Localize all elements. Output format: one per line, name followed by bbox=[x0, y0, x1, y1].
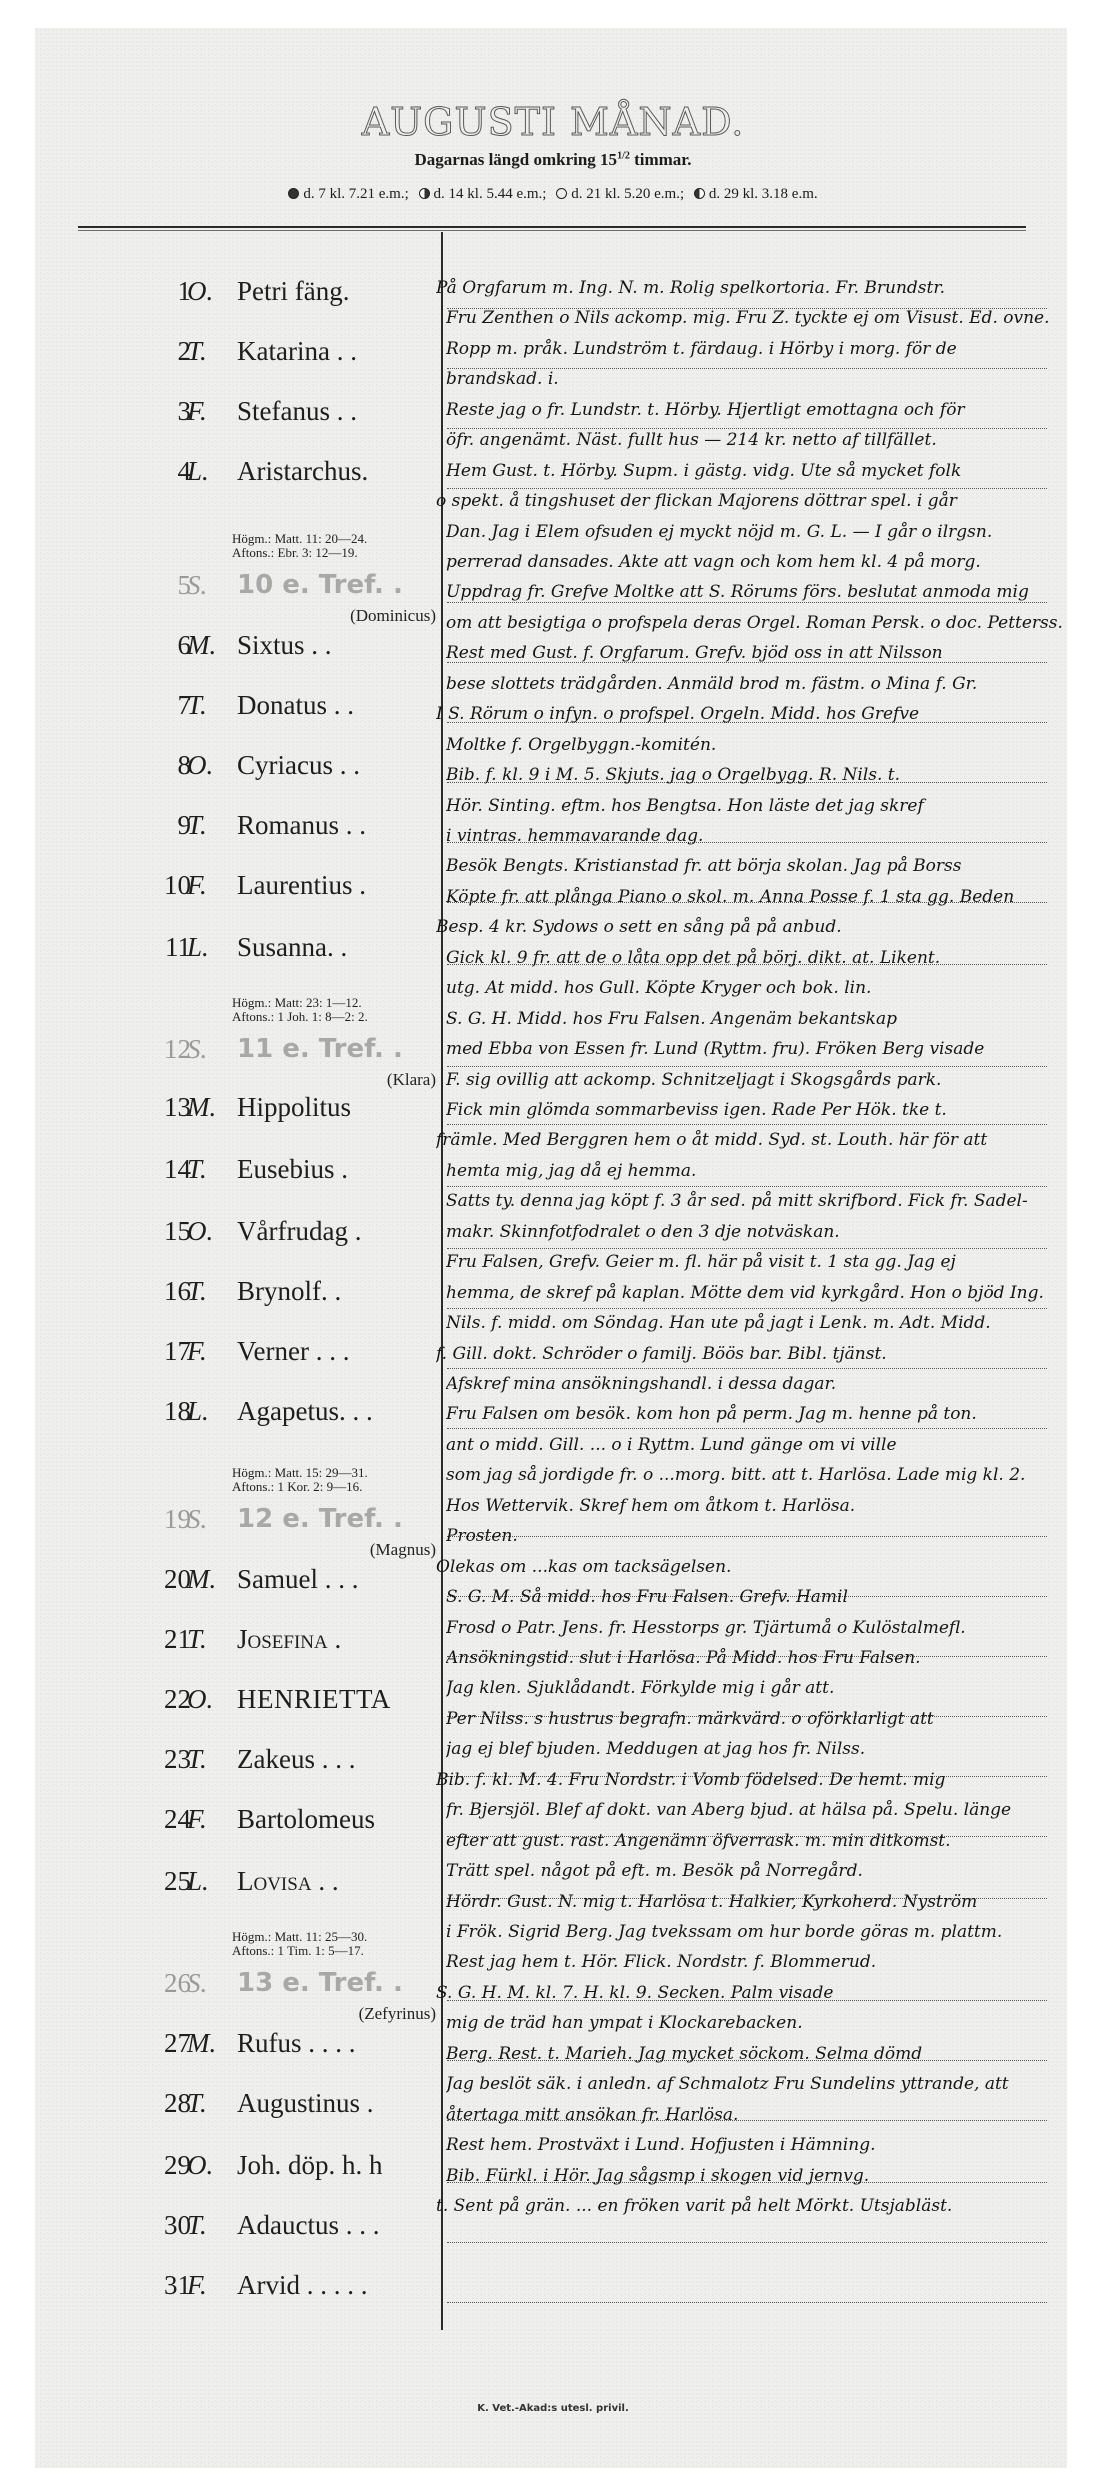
name-day: Samuel . . . bbox=[237, 1564, 359, 1595]
name-day-text: Katarina bbox=[237, 336, 330, 366]
last-quarter-icon bbox=[694, 188, 705, 199]
handwritten-line: perrerad dansades. Akte att vagn och kom… bbox=[446, 552, 1066, 572]
handwritten-line: Fru Falsen om besök. kom hon på perm. Ja… bbox=[446, 1404, 1066, 1424]
weekday-letter: L. bbox=[187, 1866, 209, 1897]
ruled-line bbox=[447, 1124, 1047, 1125]
first-quarter-icon bbox=[419, 188, 430, 199]
name-day-text: Josefina bbox=[237, 1624, 328, 1654]
name-day: Laurentius . bbox=[237, 870, 366, 901]
weekday-letter: O. bbox=[187, 1684, 213, 1715]
name-day: Cyriacus . . bbox=[237, 750, 360, 781]
weekday-letter: F. bbox=[187, 1804, 207, 1835]
evensong-text: Aftons.: Ebr. 3: 12—19. bbox=[232, 546, 367, 560]
handwritten-line: Gick kl. 9 fr. att de o låta opp det på … bbox=[446, 948, 1066, 968]
handwritten-line: Moltke f. Orgelbyggn.-komitén. bbox=[446, 735, 1066, 755]
handwritten-line: Jag klen. Sjuklådandt. Förkylde mig i gå… bbox=[446, 1678, 1066, 1698]
weekday-letter: T. bbox=[187, 1276, 207, 1307]
leader-dots: . bbox=[384, 1968, 403, 1998]
handwritten-line: Berg. Rest. t. Marieh. Jag mycket söckom… bbox=[446, 2044, 1066, 2064]
name-day: Josefina . bbox=[237, 1624, 341, 1655]
name-day-text: Susanna. bbox=[237, 932, 334, 962]
name-day-text: Petri fäng. bbox=[237, 276, 349, 306]
handwritten-line: Rest jag hem t. Hör. Flick. Nordstr. f. … bbox=[446, 1952, 1066, 1972]
handwritten-line: Bib. f. kl. 9 i M. 5. Skjuts. jag o Orge… bbox=[446, 765, 1066, 785]
handwritten-line: Per Nilss. s hustrus begrafn. märkvärd. … bbox=[446, 1709, 1066, 1729]
name-day-text: Lovisa bbox=[237, 1866, 312, 1896]
name-day-text: Hippolitus bbox=[237, 1092, 351, 1122]
name-day-text: Joh. döp. h. h bbox=[237, 2150, 383, 2180]
name-day-text: 13 e. Tref. bbox=[237, 1968, 384, 1998]
name-day: 12 e. Tref. . bbox=[237, 1504, 403, 1534]
leader-dots: . . bbox=[305, 630, 332, 660]
leader-dots: . bbox=[352, 870, 366, 900]
leader-dots: . . . bbox=[318, 1564, 359, 1594]
name-day: Adauctus . . . bbox=[237, 2210, 379, 2241]
name-day-text: Cyriacus bbox=[237, 750, 333, 780]
name-day-text: Eusebius bbox=[237, 1154, 335, 1184]
handwritten-line: Uppdrag fr. Grefve Moltke att S. Rörums … bbox=[446, 582, 1066, 602]
weekday-letter: F. bbox=[187, 2270, 207, 2301]
name-day-text: HENRIETTA bbox=[237, 1684, 391, 1714]
name-day: 10 e. Tref. . bbox=[237, 570, 403, 600]
name-day: Sixtus . . bbox=[237, 630, 332, 661]
leader-dots: . bbox=[328, 1624, 342, 1654]
name-day-text: Vårfrudag bbox=[237, 1216, 348, 1246]
handwritten-line: Afskref mina ansökningshandl. i dessa da… bbox=[446, 1374, 1066, 1394]
name-day-text: Donatus bbox=[237, 690, 327, 720]
handwritten-line: Olekas om ...kas om tacksägelsen. bbox=[436, 1557, 1056, 1577]
leader-dots: . . . bbox=[315, 1744, 356, 1774]
ruled-line bbox=[447, 2302, 1047, 2303]
weekday-letter: L. bbox=[187, 1396, 209, 1427]
name-day: Agapetus. . . bbox=[237, 1396, 373, 1427]
evensong-text: Aftons.: 1 Joh. 1: 8—2: 2. bbox=[232, 1010, 368, 1024]
handwritten-line: makr. Skinnfotfodralet o den 3 dje notvä… bbox=[446, 1222, 1066, 1242]
handwritten-line: bese slottets trädgården. Anmäld brod m.… bbox=[446, 674, 1066, 694]
name-day: Petri fäng. bbox=[237, 276, 349, 307]
ruled-line bbox=[447, 1368, 1047, 1369]
leader-dots: . bbox=[384, 1034, 403, 1064]
handwritten-line: Fick min glömda sommarbeviss igen. Rade … bbox=[446, 1100, 1066, 1120]
handwritten-line: Rest hem. Prostväxt i Lund. Hofjusten i … bbox=[446, 2135, 1066, 2155]
name-day-text: Laurentius bbox=[237, 870, 352, 900]
leader-dots: . . . . bbox=[302, 2028, 356, 2058]
handwritten-line: som jag så jordigde fr. o ...morg. bitt.… bbox=[446, 1465, 1066, 1485]
ruled-line bbox=[447, 1248, 1047, 1249]
name-day-text: Arvid bbox=[237, 2270, 300, 2300]
weekday-letter: M. bbox=[187, 630, 216, 661]
leader-dots: . bbox=[334, 932, 348, 962]
weekday-letter: F. bbox=[187, 396, 207, 427]
moon-phase-text: d. 7 kl. 7.21 e.m.; bbox=[303, 186, 408, 202]
handwritten-line: hemta mig, jag då ej hemma. bbox=[446, 1161, 1066, 1181]
leader-dots: . bbox=[384, 1504, 403, 1534]
ruled-line bbox=[447, 428, 1047, 429]
moon-phase: d. 29 kl. 3.18 e.m. bbox=[694, 186, 818, 202]
moon-phase: d. 7 kl. 7.21 e.m.; bbox=[288, 186, 408, 202]
handwritten-line: Nils. f. midd. om Söndag. Han ute på jag… bbox=[446, 1313, 1066, 1333]
leader-dots: . bbox=[360, 2088, 374, 2118]
leader-dots: . . . bbox=[339, 2210, 380, 2240]
handwritten-line: f. Gill. dokt. Schröder o familj. Böös b… bbox=[436, 1344, 1056, 1364]
name-day: Stefanus . . bbox=[237, 396, 357, 427]
leader-dots: . . . bbox=[309, 1336, 350, 1366]
handwritten-line: S. G. H. M. kl. 7. H. kl. 9. Secken. Pal… bbox=[436, 1983, 1056, 2003]
leader-dots: . . bbox=[330, 336, 357, 366]
handwritten-line: efter att gust. rast. Angenämn öfverrask… bbox=[446, 1831, 1066, 1851]
high-mass-text: Högm.: Matt. 15: 29—31. bbox=[232, 1466, 368, 1480]
name-day-text: Sixtus bbox=[237, 630, 305, 660]
handwritten-line: Prosten. bbox=[446, 1526, 1066, 1546]
handwritten-line: o spekt. å tingshuset der flickan Majore… bbox=[436, 491, 1056, 511]
name-day-text: 11 e. Tref. bbox=[237, 1034, 384, 1064]
weekday-letter: M. bbox=[187, 2028, 216, 2059]
handwritten-line: fr. Bjersjöl. Blef af dokt. van Aberg bj… bbox=[446, 1800, 1066, 1820]
name-day-text: Verner bbox=[237, 1336, 309, 1366]
weekday-letter: S. bbox=[187, 1504, 207, 1535]
handwritten-line: S. G. H. Midd. hos Fru Falsen. Angenäm b… bbox=[446, 1009, 1066, 1029]
name-day: Vårfrudag . bbox=[237, 1216, 361, 1247]
moon-phases: d. 7 kl. 7.21 e.m.; d. 14 kl. 5.44 e.m.;… bbox=[0, 186, 1106, 203]
name-day: Verner . . . bbox=[237, 1336, 349, 1367]
page-title: AUGUSTI MÅNAD. bbox=[0, 100, 1106, 144]
name-day-text: Adauctus bbox=[237, 2210, 339, 2240]
weekday-letter: L. bbox=[187, 932, 209, 963]
leader-dots: . . bbox=[330, 396, 357, 426]
day-length-fraction: 1/2 bbox=[617, 150, 630, 161]
name-day: Rufus . . . . bbox=[237, 2028, 356, 2059]
name-day-text: Bartolomeus bbox=[237, 1804, 375, 1834]
weekday-letter: S. bbox=[187, 570, 207, 601]
evensong-text: Aftons.: 1 Kor. 2: 9—16. bbox=[232, 1480, 368, 1494]
name-day: Donatus . . bbox=[237, 690, 354, 721]
name-day: Arvid . . . . . bbox=[237, 2270, 368, 2301]
ruled-line bbox=[447, 2242, 1047, 2243]
weekday-letter: F. bbox=[187, 1336, 207, 1367]
handwritten-line: F. sig ovillig att ackomp. Schnitzeljagt… bbox=[446, 1070, 1066, 1090]
handwritten-line: I S. Rörum o infyn. o profspel. Orgeln. … bbox=[436, 704, 1056, 724]
name-day: Eusebius . bbox=[237, 1154, 348, 1185]
name-day: Augustinus . bbox=[237, 2088, 374, 2119]
name-day: Aristarchus. bbox=[237, 456, 368, 487]
weekday-letter: T. bbox=[187, 1624, 207, 1655]
day-row: 30T.Adauctus . . . bbox=[0, 2210, 1106, 2250]
handwritten-line: Bib. f. kl. M. 4. Fru Nordstr. i Vomb fö… bbox=[436, 1770, 1056, 1790]
name-day-text: Aristarchus bbox=[237, 456, 361, 486]
leader-dots: . bbox=[361, 456, 368, 486]
name-day: 13 e. Tref. . bbox=[237, 1968, 403, 1998]
weekday-letter: T. bbox=[187, 1744, 207, 1775]
handwritten-line: Besp. 4 kr. Sydows o sett en sång på på … bbox=[436, 917, 1056, 937]
moon-phase-text: d. 21 kl. 5.20 e.m.; bbox=[571, 186, 684, 202]
ruled-line bbox=[447, 488, 1047, 489]
leader-dots: . . . . . bbox=[300, 2270, 368, 2300]
saint-name: (Magnus) bbox=[370, 1540, 436, 1560]
name-day-text: Romanus bbox=[237, 810, 339, 840]
ruled-line bbox=[447, 1066, 1047, 1067]
sermon-texts: Högm.: Matt: 23: 1—12.Aftons.: 1 Joh. 1:… bbox=[232, 996, 368, 1024]
weekday-letter: L. bbox=[187, 456, 209, 487]
high-mass-text: Högm.: Matt. 11: 20—24. bbox=[232, 532, 367, 546]
weekday-letter: S. bbox=[187, 1034, 207, 1065]
handwritten-line: Hördr. Gust. N. mig t. Harlösa t. Halkie… bbox=[446, 1892, 1066, 1912]
name-day-text: Zakeus bbox=[237, 1744, 315, 1774]
handwritten-line: Jag beslöt säk. i anledn. af Schmalotz F… bbox=[446, 2074, 1066, 2094]
name-day-text: 12 e. Tref. bbox=[237, 1504, 384, 1534]
handwritten-line: jag ej blef bjuden. Meddugen at jag hos … bbox=[446, 1739, 1066, 1759]
weekday-letter: T. bbox=[187, 2210, 207, 2241]
weekday-letter: T. bbox=[187, 336, 207, 367]
name-day-text: Augustinus bbox=[237, 2088, 360, 2118]
weekday-letter: O. bbox=[187, 2150, 213, 2181]
full-moon-icon bbox=[556, 188, 567, 199]
name-day-text: Rufus bbox=[237, 2028, 302, 2058]
handwritten-line: Dan. Jag i Elem ofsuden ej myckt nöjd m.… bbox=[446, 522, 1066, 542]
handwritten-line: återtaga mitt ansökan fr. Harlösa. bbox=[446, 2105, 1066, 2125]
moon-phase-text: d. 14 kl. 5.44 e.m.; bbox=[434, 186, 547, 202]
day-length-text: Dagarnas längd omkring 15 bbox=[414, 150, 617, 169]
weekday-letter: O. bbox=[187, 750, 213, 781]
name-day-text: 10 e. Tref. bbox=[237, 570, 384, 600]
ruled-line bbox=[447, 1428, 1047, 1429]
header-rule-thin bbox=[78, 230, 1026, 231]
day-row: 31F.Arvid . . . . . bbox=[0, 2270, 1106, 2310]
leader-dots: . bbox=[384, 570, 403, 600]
ruled-line bbox=[447, 1186, 1047, 1187]
handwritten-line: om att besigtiga o profspela deras Orgel… bbox=[446, 613, 1066, 633]
high-mass-text: Högm.: Matt. 11: 25—30. bbox=[232, 1930, 367, 1944]
day-length-note: Dagarnas längd omkring 151/2 timmar. bbox=[0, 150, 1106, 170]
moon-phase-text: d. 29 kl. 3.18 e.m. bbox=[709, 186, 818, 202]
weekday-letter: T. bbox=[187, 810, 207, 841]
handwritten-line: hemma, de skref på kaplan. Mötte dem vid… bbox=[446, 1283, 1066, 1303]
evensong-text: Aftons.: 1 Tim. 1: 5—17. bbox=[232, 1944, 367, 1958]
handwritten-line: På Orgfarum m. Ing. N. m. Rolig spelkort… bbox=[436, 278, 1056, 298]
weekday-letter: O. bbox=[187, 276, 213, 307]
leader-dots: . . bbox=[312, 1866, 339, 1896]
handwritten-line: Ansökningstid. slut i Harlösa. På Midd. … bbox=[446, 1648, 1066, 1668]
handwritten-line: Fru Falsen, Grefv. Geier m. fl. här på v… bbox=[446, 1252, 1066, 1272]
leader-dots: . . bbox=[339, 810, 366, 840]
handwritten-line: Hem Gust. t. Hörby. Supm. i gästg. vidg.… bbox=[446, 461, 1066, 481]
handwritten-line: främle. Med Berggren hem o åt midd. Syd.… bbox=[436, 1130, 1056, 1150]
weekday-letter: T. bbox=[187, 1154, 207, 1185]
handwritten-line: i vintras. hemmavarande dag. bbox=[446, 826, 1066, 846]
sermon-texts: Högm.: Matt. 11: 25—30.Aftons.: 1 Tim. 1… bbox=[232, 1930, 367, 1958]
day-length-suffix: timmar. bbox=[630, 150, 692, 169]
handwritten-line: Ropp m. pråk. Lundström t. färdaug. i Hö… bbox=[446, 339, 1066, 359]
weekday-letter: T. bbox=[187, 2088, 207, 2119]
privilege-footer: K. Vet.-Akad:s utesl. privil. bbox=[0, 2403, 1106, 2414]
weekday-letter: F. bbox=[187, 870, 207, 901]
handwritten-line: Satts ty. denna jag köpt f. 3 år sed. på… bbox=[446, 1191, 1066, 1211]
name-day: 11 e. Tref. . bbox=[237, 1034, 403, 1064]
handwritten-line: brandskad. i. bbox=[446, 369, 1066, 389]
handwritten-line: ant o midd. Gill. ... o i Ryttm. Lund gä… bbox=[446, 1435, 1066, 1455]
leader-dots: . bbox=[348, 1216, 362, 1246]
handwritten-line: Fru Zenthen o Nils ackomp. mig. Fru Z. t… bbox=[446, 308, 1066, 328]
handwritten-line: Hör. Sinting. eftm. hos Bengtsa. Hon läs… bbox=[446, 796, 1066, 816]
name-day: Bartolomeus bbox=[237, 1804, 375, 1835]
handwritten-line: i Frök. Sigrid Berg. Jag tvekssam om hur… bbox=[446, 1922, 1066, 1942]
name-day: Brynolf. . bbox=[237, 1276, 341, 1307]
name-day-text: Brynolf. bbox=[237, 1276, 328, 1306]
leader-dots: . bbox=[335, 1154, 349, 1184]
saint-name: (Klara) bbox=[387, 1070, 436, 1090]
header-rule bbox=[78, 226, 1026, 228]
saint-name: (Zefyrinus) bbox=[359, 2004, 436, 2024]
handwritten-line: Hos Wettervik. Skref hem om åtkom t. Har… bbox=[446, 1496, 1066, 1516]
handwritten-line: öfr. angenämt. Näst. fullt hus — 214 kr.… bbox=[446, 430, 1066, 450]
leader-dots: . . bbox=[327, 690, 354, 720]
name-day: Joh. döp. h. h bbox=[237, 2150, 383, 2181]
handwritten-line: Besök Bengts. Kristianstad fr. att börja… bbox=[446, 856, 1066, 876]
weekday-letter: M. bbox=[187, 1564, 216, 1595]
name-day: Lovisa . . bbox=[237, 1866, 339, 1897]
name-day: Katarina . . bbox=[237, 336, 357, 367]
name-day-text: Samuel bbox=[237, 1564, 318, 1594]
handwritten-line: S. G. M. Så midd. hos Fru Falsen. Grefv.… bbox=[446, 1587, 1066, 1607]
weekday-letter: T. bbox=[187, 690, 207, 721]
name-day: Romanus . . bbox=[237, 810, 366, 841]
handwritten-line: Trätt spel. något på eft. m. Besök på No… bbox=[446, 1861, 1066, 1881]
saint-name: (Dominicus) bbox=[350, 606, 436, 626]
leader-dots: . . . bbox=[339, 1396, 373, 1426]
high-mass-text: Högm.: Matt: 23: 1—12. bbox=[232, 996, 368, 1010]
handwritten-line: med Ebba von Essen fr. Lund (Ryttm. fru)… bbox=[446, 1039, 1066, 1059]
handwritten-line: Frosd o Patr. Jens. fr. Hesstorps gr. Tj… bbox=[446, 1618, 1066, 1638]
name-day: Zakeus . . . bbox=[237, 1744, 355, 1775]
leader-dots: . . bbox=[333, 750, 360, 780]
moon-phase: d. 21 kl. 5.20 e.m.; bbox=[556, 186, 684, 202]
name-day: Hippolitus bbox=[237, 1092, 351, 1123]
weekday-letter: O. bbox=[187, 1216, 213, 1247]
handwritten-line: Bib. Fürkl. i Hör. Jag sågsmp i skogen v… bbox=[446, 2166, 1066, 2186]
weekday-letter: S. bbox=[187, 1968, 207, 1999]
new-moon-icon bbox=[288, 188, 299, 199]
handwritten-line: Reste jag o fr. Lundstr. t. Hörby. Hjert… bbox=[446, 400, 1066, 420]
handwritten-line: mig de träd han ympat i Klockarebacken. bbox=[446, 2013, 1066, 2033]
handwritten-line: utg. At midd. hos Gull. Köpte Kryger och… bbox=[446, 978, 1066, 998]
weekday-letter: M. bbox=[187, 1092, 216, 1123]
handwritten-line: Köpte fr. att plånga Piano o skol. m. An… bbox=[446, 887, 1066, 907]
name-day-text: Agapetus bbox=[237, 1396, 339, 1426]
handwritten-line: t. Sent på grän. ... en fröken varit på … bbox=[436, 2196, 1056, 2216]
ruled-line bbox=[447, 1308, 1047, 1309]
sermon-texts: Högm.: Matt. 15: 29—31.Aftons.: 1 Kor. 2… bbox=[232, 1466, 368, 1494]
name-day-text: Stefanus bbox=[237, 396, 330, 426]
handwritten-line: Rest med Gust. f. Orgfarum. Grefv. bjöd … bbox=[446, 643, 1066, 663]
name-day: HENRIETTA bbox=[237, 1684, 391, 1715]
moon-phase: d. 14 kl. 5.44 e.m.; bbox=[419, 186, 547, 202]
name-day: Susanna. . bbox=[237, 932, 347, 963]
leader-dots: . bbox=[328, 1276, 342, 1306]
sermon-texts: Högm.: Matt. 11: 20—24.Aftons.: Ebr. 3: … bbox=[232, 532, 367, 560]
